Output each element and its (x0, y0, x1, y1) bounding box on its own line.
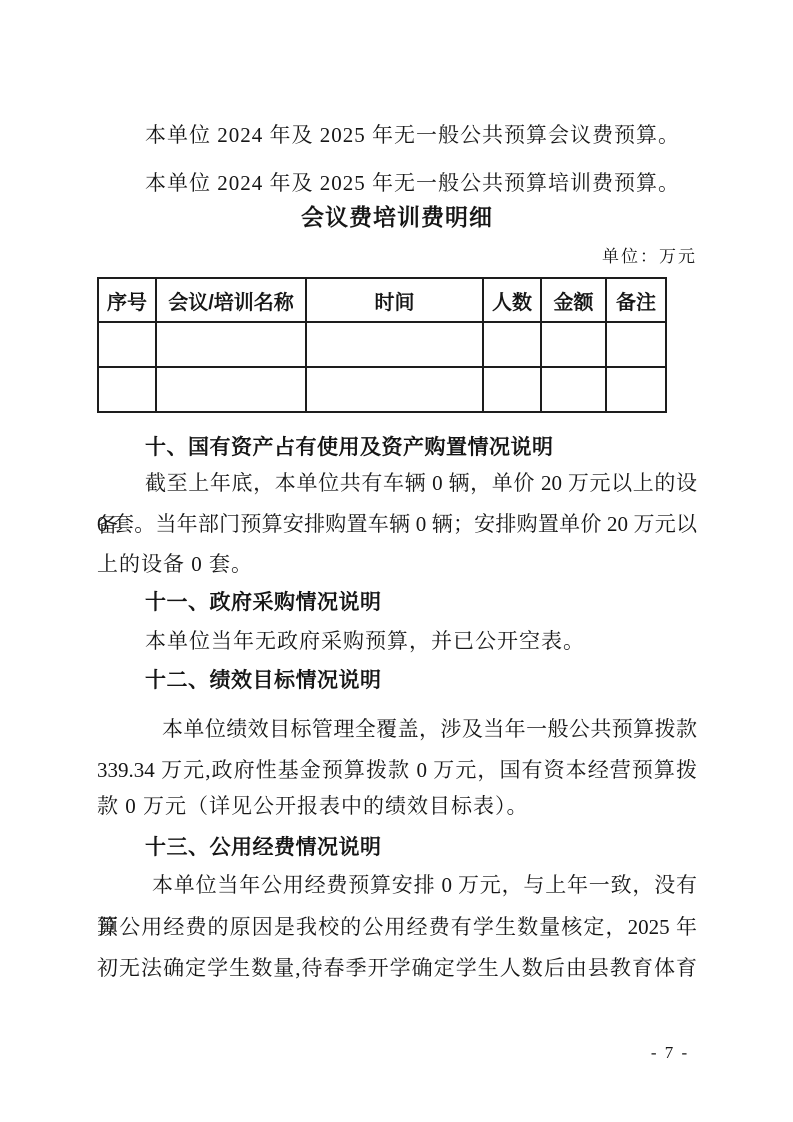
table-cell-empty (606, 367, 666, 412)
section-11-heading: 十一、政府采购情况说明 (97, 582, 697, 624)
table-title: 会议费培训费明细 (97, 200, 697, 236)
intro-line-2: 本单位 2024 年及 2025 年无一般公共预算培训费预算。 (97, 162, 697, 204)
section-11-line-1: 本单位当年无政府采购预算，并已公开空表。 (97, 620, 697, 662)
section-13-heading: 十三、公用经费情况说明 (97, 827, 697, 869)
section-10-line-1: 截至上年底，本单位共有车辆 0 辆，单价 20 万元以上的设备 (97, 462, 697, 504)
meeting-training-detail-table: 序号 会议/培训名称 时间 人数 金额 备注 (97, 277, 667, 413)
table-cell-empty (483, 322, 541, 367)
table-cell-empty (606, 322, 666, 367)
table-cell-empty (541, 367, 606, 412)
table-cell-empty (98, 322, 156, 367)
col-header-meeting-name: 会议/培训名称 (156, 278, 306, 322)
section-10-line-3: 上的设备 0 套。 (97, 543, 697, 585)
table-row (98, 322, 666, 367)
intro-line-1: 本单位 2024 年及 2025 年无一般公共预算会议费预算。 (97, 114, 697, 156)
col-header-serial: 序号 (98, 278, 156, 322)
section-10-line-2: 0 套。当年部门预算安排购置车辆 0 辆；安排购置单价 20 万元以 (97, 503, 697, 545)
table-cell-empty (306, 367, 483, 412)
section-13-line-2: 算公用经费的原因是我校的公用经费有学生数量核定，2025 年 (97, 906, 697, 948)
section-12-heading: 十二、绩效目标情况说明 (97, 660, 697, 702)
col-header-time: 时间 (306, 278, 483, 322)
table-header-row: 序号 会议/培训名称 时间 人数 金额 备注 (98, 278, 666, 322)
table-cell-empty (483, 367, 541, 412)
table-cell-empty (306, 322, 483, 367)
page-number: - 7 - (590, 1042, 750, 1064)
section-13-line-3: 初无法确定学生数量,待春季开学确定学生人数后由县教育体育 (97, 947, 697, 989)
section-12-line-3: 款 0 万元（详见公开报表中的绩效目标表）。 (97, 785, 697, 827)
table-cell-empty (156, 367, 306, 412)
table-cell-empty (541, 322, 606, 367)
document-page: 本单位 2024 年及 2025 年无一般公共预算会议费预算。 本单位 2024… (0, 0, 793, 1122)
table-cell-empty (156, 322, 306, 367)
section-12-line-1: 本单位绩效目标管理全覆盖，涉及当年一般公共预算拨款 (97, 708, 697, 750)
section-13-line-1: 本单位当年公用经费预算安排 0 万元，与上年一致，没有预 (97, 864, 697, 906)
col-header-amount: 金额 (541, 278, 606, 322)
unit-note: 单位：万元 (97, 244, 697, 270)
col-header-remarks: 备注 (606, 278, 666, 322)
table-cell-empty (98, 367, 156, 412)
col-header-people-count: 人数 (483, 278, 541, 322)
table-row (98, 367, 666, 412)
